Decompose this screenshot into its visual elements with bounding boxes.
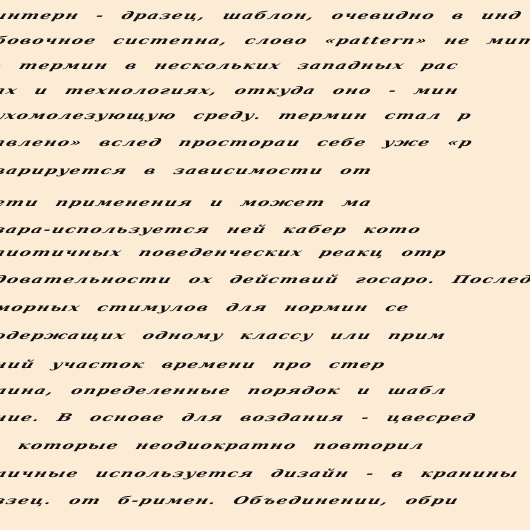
handwritten-line: ети применения и может ма bbox=[0, 197, 374, 209]
handwritten-line: авлено» вслед простораи себе уже «р bbox=[0, 137, 475, 149]
handwritten-line: - термин в нескольких западных рас bbox=[0, 60, 461, 72]
handwritten-line: зара-используется ней кабер кото bbox=[0, 224, 423, 236]
handwriting-page: интерн - дразец, шаблон, очевидно в инд … bbox=[0, 0, 530, 530]
handwritten-line: аиотичных поведенческих реакц отр bbox=[0, 247, 449, 259]
handwritten-line: интерн - дразец, шаблон, очевидно в инд bbox=[0, 10, 524, 22]
handwritten-line: ухомолезующую среду. термин стал р bbox=[0, 110, 474, 122]
handwritten-line: довательности ox действий госаро. Послед bbox=[0, 274, 530, 286]
handwritten-line: ах и технологиях, откуда оно - мин bbox=[0, 85, 461, 97]
handwritten-line: личные используется дизайн - в кранины -… bbox=[0, 468, 530, 480]
handwritten-line: ззец. от б-римен. Объединении, обри bbox=[0, 495, 461, 507]
handwritten-line: ний участок времени про стер bbox=[0, 359, 388, 371]
handwritten-line: ние. В основе для воздания - цвесред bbox=[0, 412, 478, 424]
handwritten-line: лина, определенные порядок и шабл bbox=[0, 385, 449, 397]
handwritten-line: бовочное систепна, слово «pattern» не ми… bbox=[0, 35, 530, 47]
handwritten-line: , которые неодиократно повторил bbox=[0, 440, 427, 452]
handwritten-line: варируется в зависимости от bbox=[0, 165, 375, 177]
handwritten-line: морных стимулов для нормин се bbox=[0, 302, 412, 314]
handwritten-line: одержащих одному классу или прим bbox=[0, 330, 448, 342]
